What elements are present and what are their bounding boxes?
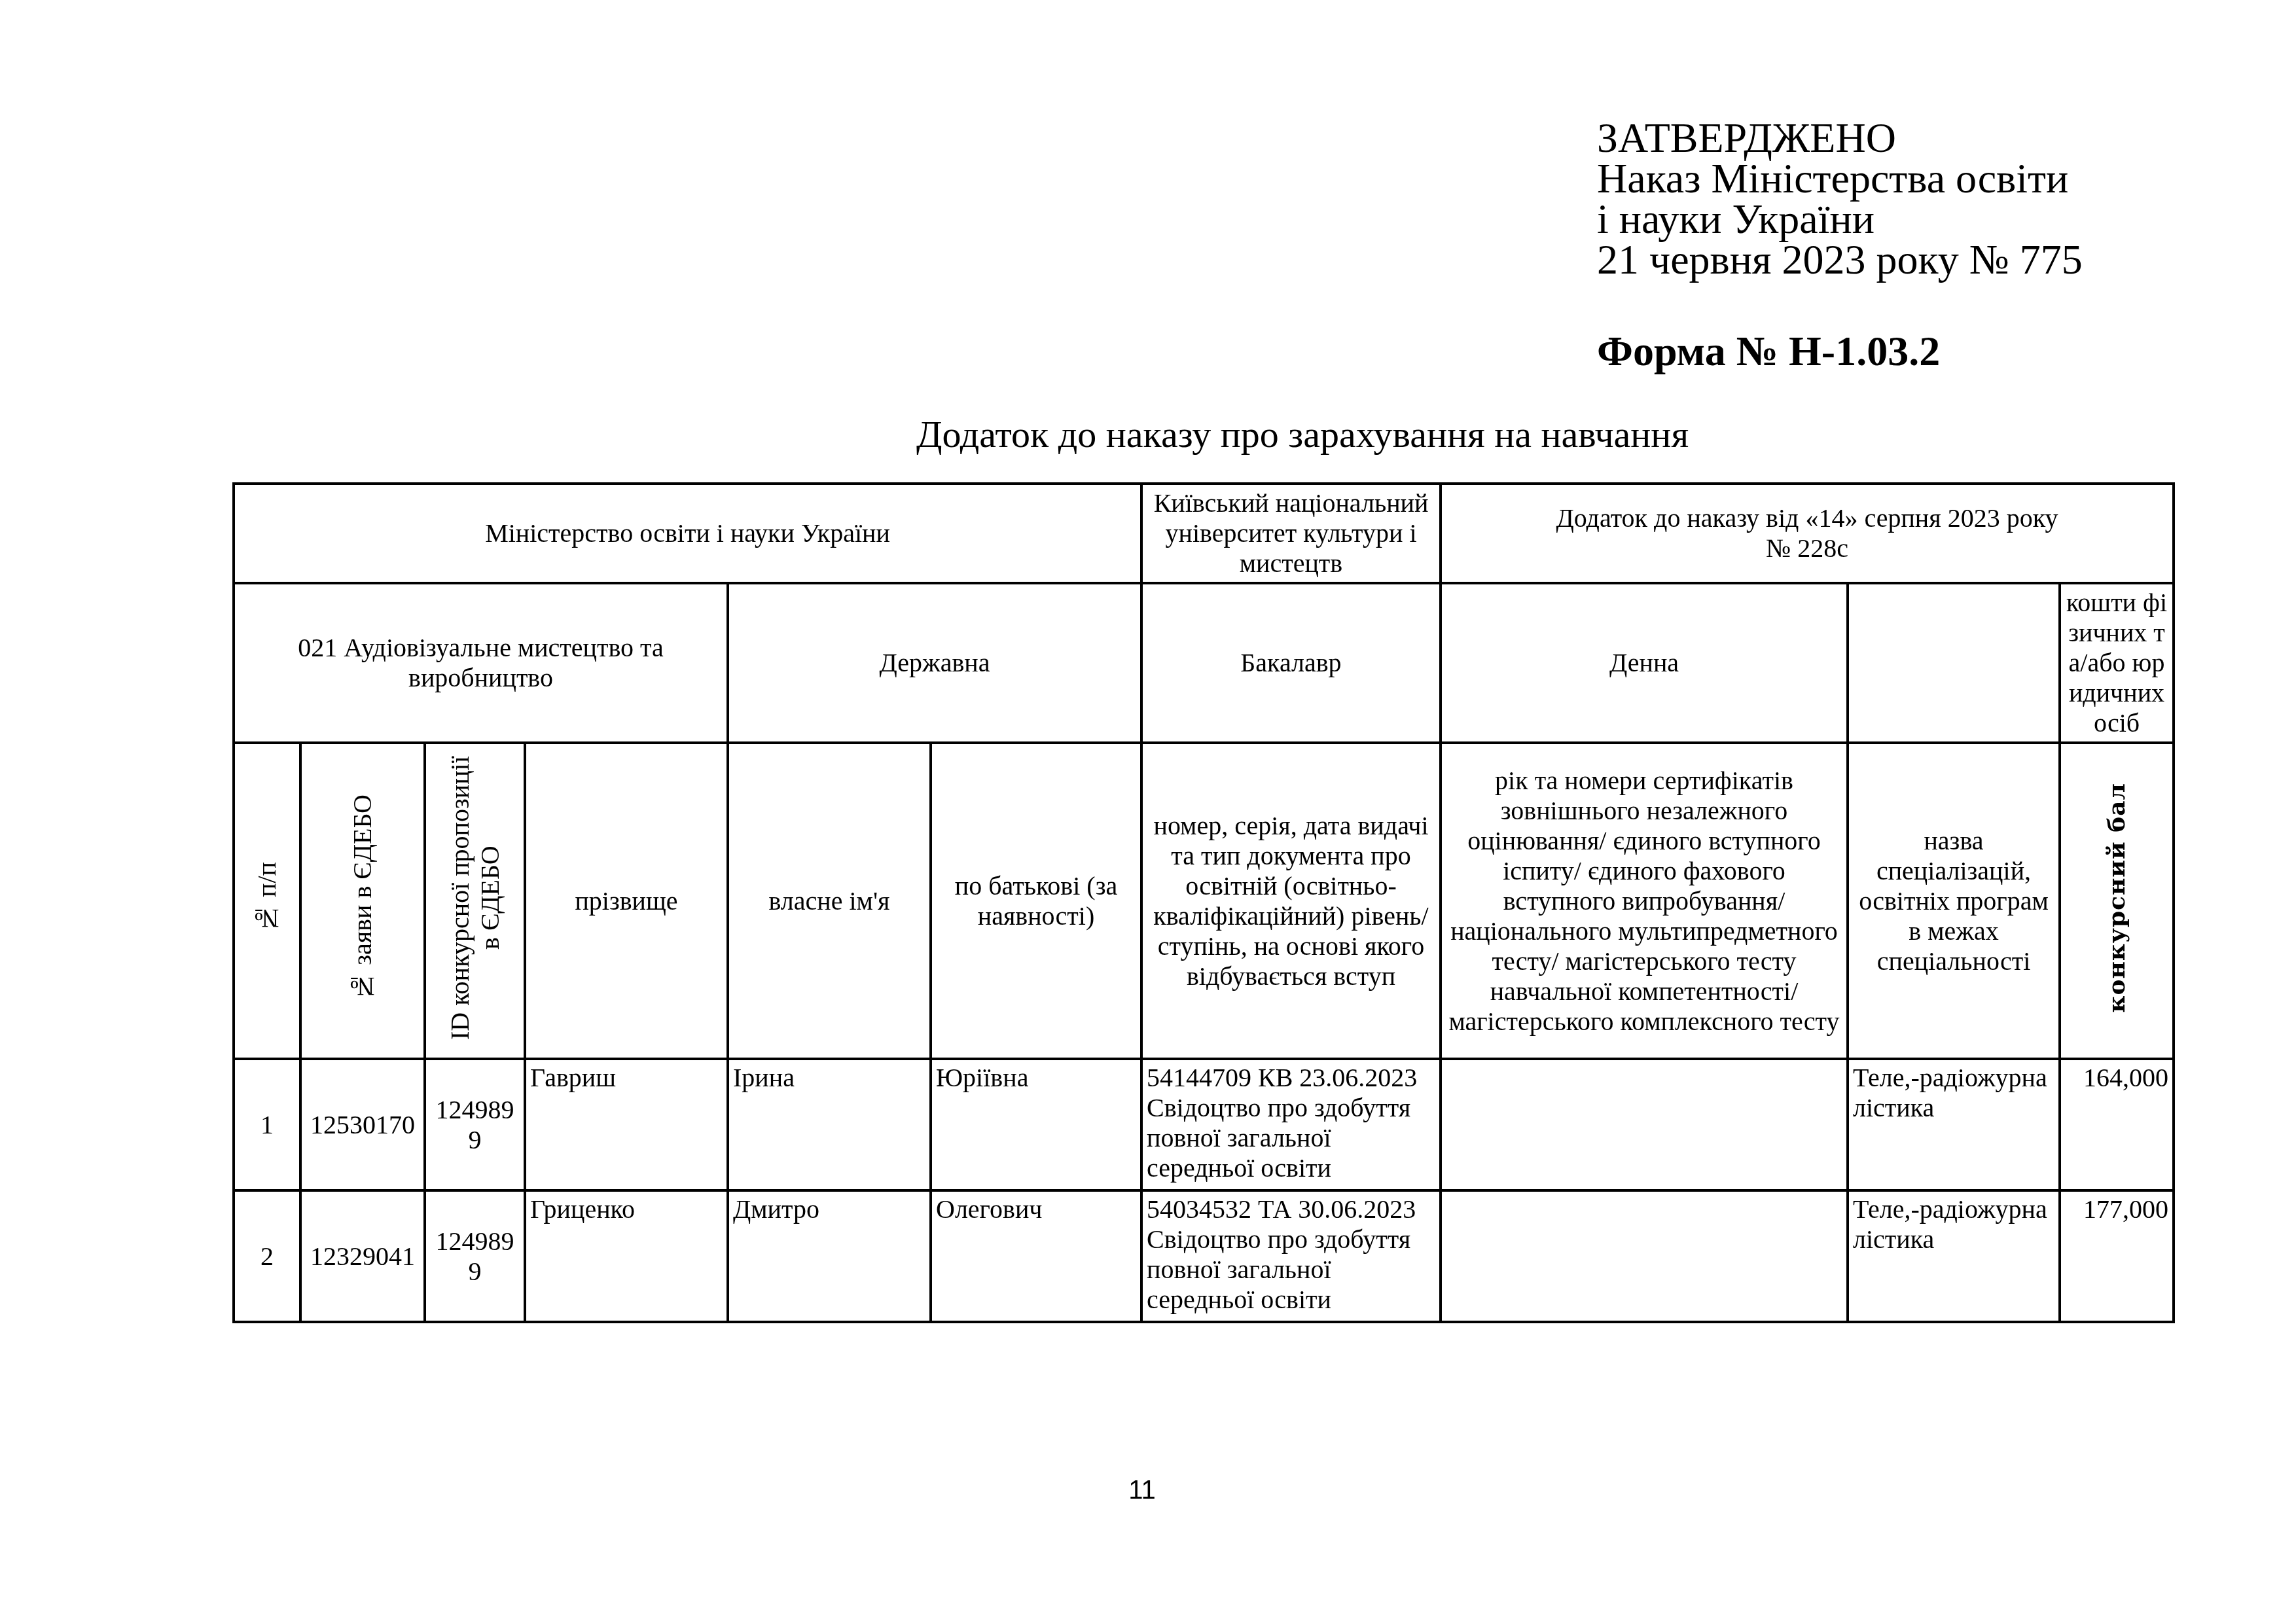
score: 177,000 [2060, 1190, 2174, 1322]
form-number: Форма № Н-1.03.2 [1597, 327, 1940, 376]
approval-line: 21 червня 2023 року № 775 [1597, 240, 2083, 280]
approval-line: і науки України [1597, 199, 2083, 240]
study-form-cell: Денна [1441, 583, 1848, 743]
col-header-score: конкурсний бал [2060, 743, 2174, 1059]
column-header-row: № п/п № заяви в ЄДЕБО ID конкурсної проп… [234, 743, 2174, 1059]
col-header-offer-id: ID конкурсної пропозиції в ЄДЕБО [425, 743, 525, 1059]
empty-cell [1848, 583, 2060, 743]
col-header-application: № заяви в ЄДЕБО [300, 743, 425, 1059]
education-doc-line: повної загальної [1147, 1123, 1435, 1153]
patronymic: Олегович [931, 1190, 1141, 1322]
col-header-patronymic: по батькові (за наявності) [931, 743, 1141, 1059]
first-name: Ірина [728, 1059, 931, 1190]
degree-cell: Бакалавр [1141, 583, 1441, 743]
table-row: 1 12530170 1249899 Гавриш Ірина Юріївна … [234, 1059, 2174, 1190]
patronymic: Юріївна [931, 1059, 1141, 1190]
approval-line: ЗАТВЕРДЖЕНО [1597, 118, 2083, 158]
funding-cell: Державна [728, 583, 1141, 743]
col-header-certificates: рік та номери сертифікатів зовнішнього н… [1441, 743, 1848, 1059]
ministry-cell: Міністерство освіти і науки України [234, 484, 1141, 583]
col-header-surname: прізвище [525, 743, 728, 1059]
education-doc-line: середньої освіти [1147, 1285, 1435, 1315]
education-doc-line: 54034532 ТА 30.06.2023 [1147, 1194, 1435, 1224]
col-header-application-text: № заяви в ЄДЕБО [348, 794, 378, 1001]
education-doc-line: повної загальної [1147, 1255, 1435, 1285]
col-header-education-doc: номер, серія, дата видачі та тип докумен… [1141, 743, 1441, 1059]
surname: Гавриш [525, 1059, 728, 1190]
application-no: 12530170 [300, 1059, 425, 1190]
col-header-specialization: назва спеціалізацій, освітніх програм в … [1848, 743, 2060, 1059]
education-doc-line: 54144709 КВ 23.06.2023 [1147, 1063, 1435, 1093]
enrollment-table: Міністерство освіти і науки України Київ… [232, 482, 2175, 1323]
header-row-program: 021 Аудіовізуальне мистецтво та виробниц… [234, 583, 2174, 743]
certificates [1441, 1059, 1848, 1190]
specialty-cell: 021 Аудіовізуальне мистецтво та виробниц… [234, 583, 728, 743]
order-number: № 228с [1446, 533, 2168, 563]
offer-id: 1249899 [425, 1190, 525, 1322]
first-name: Дмитро [728, 1190, 931, 1322]
education-doc-line: Свідоцтво про здобуття [1147, 1093, 1435, 1123]
specialization: Теле,-радіожурналістика [1848, 1190, 2060, 1322]
col-header-first-name: власне ім'я [728, 743, 931, 1059]
education-doc: 54144709 КВ 23.06.2023 Свідоцтво про здо… [1141, 1059, 1441, 1190]
col-header-score-text: конкурсний бал [2102, 783, 2132, 1013]
surname: Гриценко [525, 1190, 728, 1322]
certificates [1441, 1190, 1848, 1322]
col-header-no-text: № п/п [252, 862, 282, 933]
education-doc-line: Свідоцтво про здобуття [1147, 1224, 1435, 1255]
row-no: 1 [234, 1059, 300, 1190]
funding-source-cell: кошти фізичних та/або юридичних осіб [2060, 583, 2174, 743]
order-cell: Додаток до наказу від «14» серпня 2023 р… [1441, 484, 2174, 583]
col-header-no: № п/п [234, 743, 300, 1059]
approval-block: ЗАТВЕРДЖЕНО Наказ Міністерства освіти і … [1597, 118, 2083, 280]
page-number: 11 [1113, 1476, 1172, 1505]
university-cell: Київський національний університет культ… [1141, 484, 1441, 583]
document-title: Додаток до наказу про зарахування на нав… [720, 412, 1885, 456]
education-doc-line: середньої освіти [1147, 1153, 1435, 1183]
header-row-institution: Міністерство освіти і науки України Київ… [234, 484, 2174, 583]
score: 164,000 [2060, 1059, 2174, 1190]
approval-line: Наказ Міністерства освіти [1597, 158, 2083, 199]
application-no: 12329041 [300, 1190, 425, 1322]
education-doc: 54034532 ТА 30.06.2023 Свідоцтво про здо… [1141, 1190, 1441, 1322]
table-row: 2 12329041 1249899 Гриценко Дмитро Олего… [234, 1190, 2174, 1322]
specialization: Теле,-радіожурналістика [1848, 1059, 2060, 1190]
row-no: 2 [234, 1190, 300, 1322]
order-date: Додаток до наказу від «14» серпня 2023 р… [1446, 503, 2168, 533]
col-header-offer-id-text: ID конкурсної пропозиції в ЄДЕБО [445, 754, 505, 1042]
offer-id: 1249899 [425, 1059, 525, 1190]
